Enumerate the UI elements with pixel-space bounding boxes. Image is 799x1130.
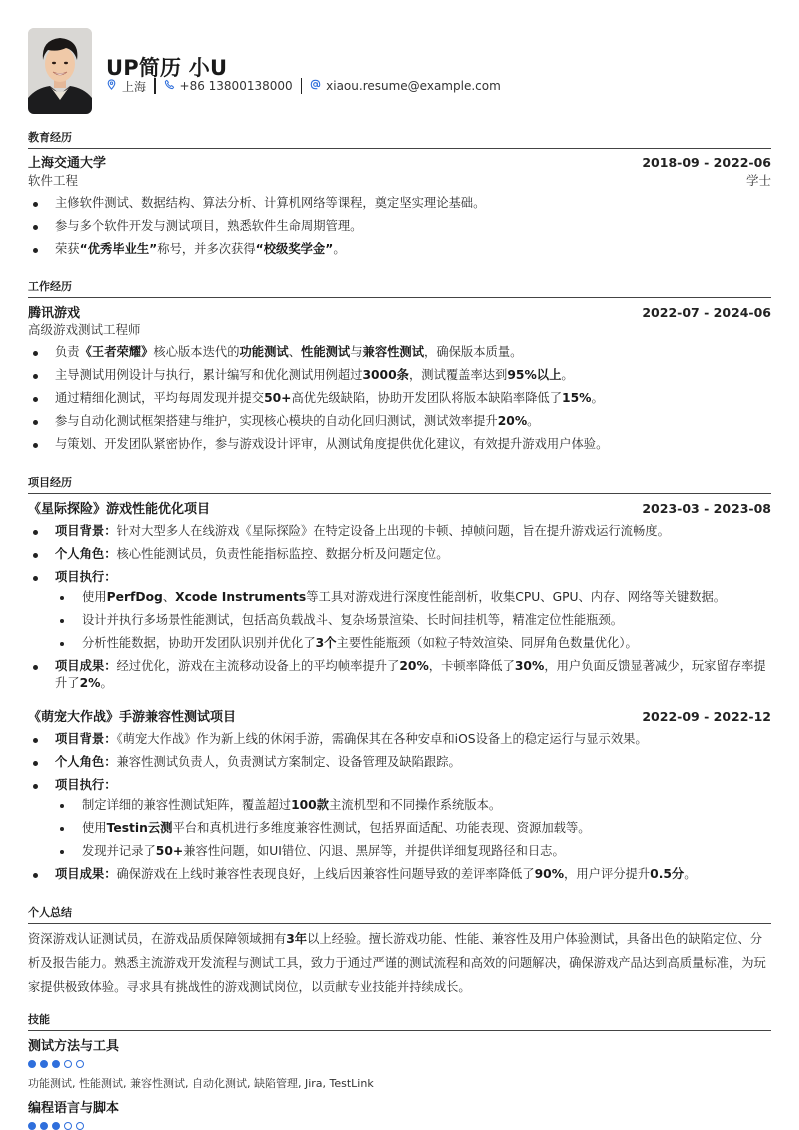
empty-dot-icon xyxy=(64,1060,72,1068)
execution-bullets: 使用PerfDog、Xcode Instruments等工具对游戏进行深度性能剖… xyxy=(55,589,771,652)
project-name: 《星际探险》游戏性能优化项目 xyxy=(28,498,210,517)
skill-name: 编程语言与脚本 xyxy=(28,1097,771,1116)
contact-location: 上海 xyxy=(106,78,146,95)
project-role: 个人角色：核心性能测试员，负责性能指标监控、数据分析及问题定位。 xyxy=(28,546,771,563)
work-date: 2022-07 - 2024-06 xyxy=(642,305,771,320)
map-pin-icon xyxy=(106,79,117,93)
location-text: 上海 xyxy=(122,78,146,95)
phone-icon xyxy=(164,79,175,93)
contact-phone: +86 13800138000 xyxy=(164,79,293,93)
phone-text[interactable]: +86 13800138000 xyxy=(180,79,293,93)
project-result: 项目成果：经过优化，游戏在主流移动设备上的平均帧率提升了20%，卡顿率降低了30… xyxy=(28,658,771,692)
list-item: 主导测试用例设计与执行，累计编写和优化测试用例超过3000条，测试覆盖率达到95… xyxy=(28,367,771,384)
project-entry: 《萌宠大作战》手游兼容性测试项目 2022-09 - 2022-12 项目背景：… xyxy=(28,706,771,889)
list-item: 使用PerfDog、Xcode Instruments等工具对游戏进行深度性能剖… xyxy=(55,589,771,606)
contact-info: 上海 +86 13800138000 xiaou.resume@example.… xyxy=(106,77,501,95)
company-name: 腾讯游戏 xyxy=(28,302,80,321)
list-item: 参与自动化测试框架搭建与维护，实现核心模块的自动化回归测试，测试效率提升20%。 xyxy=(28,413,771,430)
skill-entry: 测试方法与工具 功能测试, 性能测试, 兼容性测试, 自动化测试, 缺陷管理, … xyxy=(28,1035,771,1091)
divider xyxy=(154,78,156,94)
profile-photo xyxy=(28,28,92,114)
list-item: 参与多个软件开发与测试项目，熟悉软件生命周期管理。 xyxy=(28,218,771,235)
list-item: 通过精细化测试，平均每周发现并提交50+高优先级缺陷，协助开发团队将版本缺陷率降… xyxy=(28,390,771,407)
list-item: 发现并记录了50+兼容性问题，如UI错位、闪退、黑屏等，并提供详细复现路径和日志… xyxy=(55,843,771,860)
education-bullets: 主修软件测试、数据结构、算法分析、计算机网络等课程，奠定坚实理论基础。参与多个软… xyxy=(28,195,771,258)
resume-header: UP简历 小U 上海 +86 13800138000 xiaou.re xyxy=(28,28,771,114)
at-sign-icon xyxy=(310,79,321,93)
job-title: 高级游戏测试工程师 xyxy=(28,321,771,338)
email-text[interactable]: xiaou.resume@example.com xyxy=(326,79,501,93)
work-entry: 腾讯游戏 2022-07 - 2024-06 高级游戏测试工程师 负责《王者荣耀… xyxy=(28,302,771,459)
contact-email: xiaou.resume@example.com xyxy=(310,79,501,93)
school-name: 上海交通大学 xyxy=(28,152,106,171)
skill-entry: 编程语言与脚本 xyxy=(28,1097,771,1130)
filled-dot-icon xyxy=(52,1060,60,1068)
section-title-work: 工作经历 xyxy=(28,278,771,298)
project-date: 2022-09 - 2022-12 xyxy=(642,709,771,724)
section-title-projects: 项目经历 xyxy=(28,474,771,494)
project-background: 项目背景：《萌宠大作战》作为新上线的休闲手游，需确保其在各种安卓和iOS设备上的… xyxy=(28,731,771,748)
list-item: 负责《王者荣耀》核心版本迭代的功能测试、性能测试与兼容性测试，确保版本质量。 xyxy=(28,344,771,361)
list-item: 分析性能数据，协助开发团队识别并优化了3个主要性能瓶颈（如粒子特效渲染、同屏角色… xyxy=(55,635,771,652)
list-item: 与策划、开发团队紧密协作，参与游戏设计评审，从测试角度提供优化建议，有效提升游戏… xyxy=(28,436,771,453)
filled-dot-icon xyxy=(40,1122,48,1130)
project-execution: 项目执行： 制定详细的兼容性测试矩阵，覆盖超过100款主流机型和不同操作系统版本… xyxy=(28,777,771,860)
filled-dot-icon xyxy=(52,1122,60,1130)
divider xyxy=(301,78,303,94)
empty-dot-icon xyxy=(76,1060,84,1068)
empty-dot-icon xyxy=(76,1122,84,1130)
filled-dot-icon xyxy=(28,1060,36,1068)
list-item: 主修软件测试、数据结构、算法分析、计算机网络等课程，奠定坚实理论基础。 xyxy=(28,195,771,212)
filled-dot-icon xyxy=(28,1122,36,1130)
summary-text: 资深游戏认证测试员，在游戏品质保障领域拥有3年以上经验。擅长游戏功能、性能、兼容… xyxy=(28,927,771,999)
list-item: 设计并执行多场景性能测试，包括高负载战斗、复杂场景渲染、长时间挂机等，精准定位性… xyxy=(55,612,771,629)
project-date: 2023-03 - 2023-08 xyxy=(642,501,771,516)
list-item: 使用Testin云测平台和真机进行多维度兼容性测试，包括界面适配、功能表现、资源… xyxy=(55,820,771,837)
section-title-summary: 个人总结 xyxy=(28,904,771,924)
project-background: 项目背景：针对大型多人在线游戏《星际探险》在特定设备上出现的卡顿、掉帧问题，旨在… xyxy=(28,523,771,540)
degree: 学士 xyxy=(746,171,771,189)
skill-name: 测试方法与工具 xyxy=(28,1035,771,1054)
skill-level-rating xyxy=(28,1122,771,1130)
empty-dot-icon xyxy=(64,1122,72,1130)
filled-dot-icon xyxy=(40,1060,48,1068)
education-entry: 上海交通大学 2018-09 - 2022-06 软件工程 学士 主修软件测试、… xyxy=(28,152,771,264)
list-item: 制定详细的兼容性测试矩阵，覆盖超过100款主流机型和不同操作系统版本。 xyxy=(55,797,771,814)
section-title-skills: 技能 xyxy=(28,1011,771,1031)
work-bullets: 负责《王者荣耀》核心版本迭代的功能测试、性能测试与兼容性测试，确保版本质量。主导… xyxy=(28,344,771,453)
section-title-education: 教育经历 xyxy=(28,129,771,149)
project-name: 《萌宠大作战》手游兼容性测试项目 xyxy=(28,706,236,725)
execution-bullets: 制定详细的兼容性测试矩阵，覆盖超过100款主流机型和不同操作系统版本。使用Tes… xyxy=(55,797,771,860)
project-role: 个人角色：兼容性测试负责人，负责测试方案制定、设备管理及缺陷跟踪。 xyxy=(28,754,771,771)
project-execution: 项目执行： 使用PerfDog、Xcode Instruments等工具对游戏进… xyxy=(28,569,771,652)
list-item: 荣获“优秀毕业生”称号，并多次获得“校级奖学金”。 xyxy=(28,241,771,258)
project-entry: 《星际探险》游戏性能优化项目 2023-03 - 2023-08 项目背景：针对… xyxy=(28,498,771,698)
project-result: 项目成果：确保游戏在上线时兼容性表现良好，上线后因兼容性问题导致的差评率降低了9… xyxy=(28,866,771,883)
major: 软件工程 xyxy=(28,172,78,189)
skill-list: 功能测试, 性能测试, 兼容性测试, 自动化测试, 缺陷管理, Jira, Te… xyxy=(28,1075,771,1091)
education-date: 2018-09 - 2022-06 xyxy=(642,155,771,170)
skill-level-rating xyxy=(28,1060,771,1068)
